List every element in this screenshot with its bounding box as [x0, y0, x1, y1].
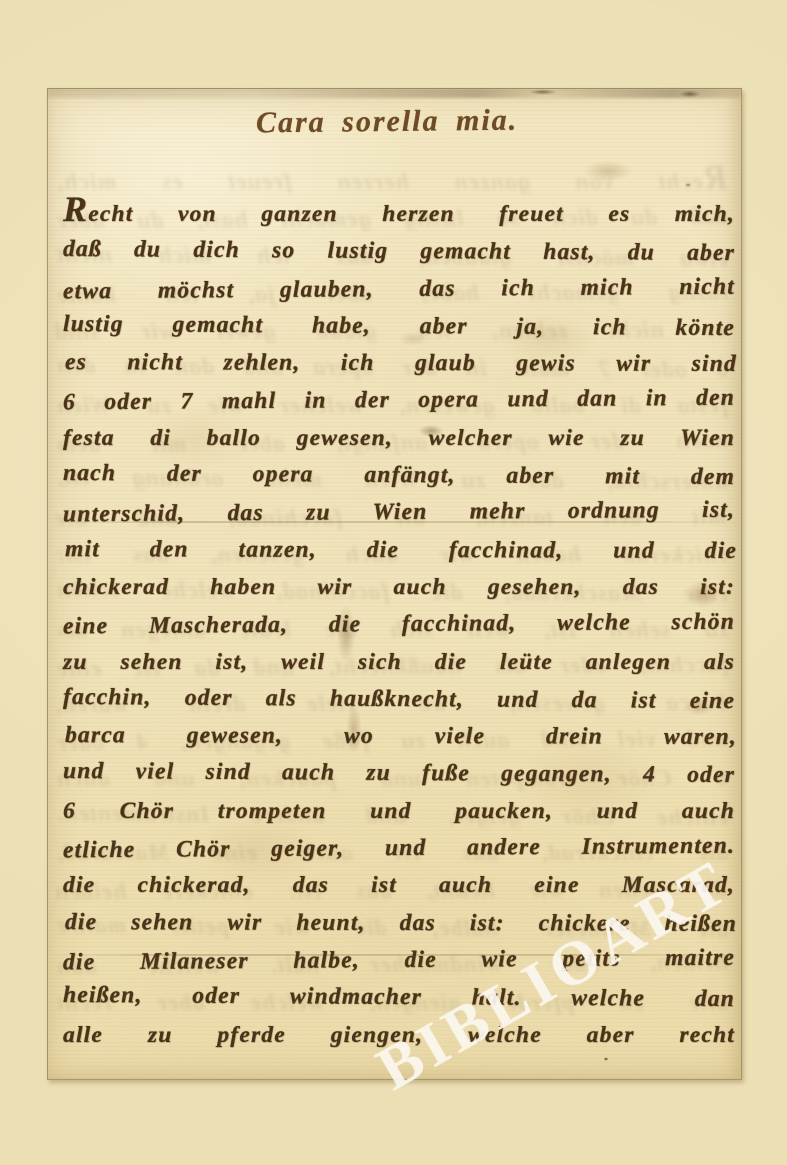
letter-line: nach der opera anfängt, aber mit dem [63, 455, 735, 496]
letter-line: zu sehen ist, weil sich die leüte anlege… [63, 644, 735, 681]
letter-line: etliche Chör geiger, und andere Instrume… [63, 828, 735, 870]
letter-line: die chickerad, das ist auch eine Mascara… [63, 867, 735, 904]
letter-line: eine Mascherada, die facchinad, welche s… [63, 604, 735, 646]
letter-line: facchin, oder als haußknecht, und da ist… [63, 679, 735, 720]
letter-line: etwa möchst glauben, das ich mich nicht [63, 268, 735, 310]
letter-line: die sehen wir heunt, das ist: chickere h… [65, 904, 737, 943]
letter-title: Cara sorella mia. [256, 104, 519, 141]
letter-line: barca gewesen, wo viele drein waren, [65, 717, 737, 756]
letter-line: chickerad haben wir auch gesehen, das is… [63, 569, 735, 606]
letter-page: Recht von ganzen herzen freuet es mich, … [47, 88, 742, 1080]
letter-line: unterschid, das zu Wien mehr ordnung ist… [63, 492, 735, 534]
letter-line: die Milaneser halbe, die wie petits mait… [63, 940, 735, 982]
letter-line: daß du dich so lustig gemacht hast, du a… [63, 231, 735, 272]
letter-line: festa di ballo gewesen, welcher wie zu W… [63, 420, 735, 457]
letter-line: alle zu pferde giengen, welche aber rech… [63, 1017, 735, 1054]
letter-line: 6 oder 7 mahl in der opera und dan in de… [63, 380, 735, 422]
letter-line: 6 Chör trompeten und paucken, und auch [63, 793, 735, 830]
letter-line: Recht von ganzen herzen freuet es mich, [63, 191, 735, 233]
letter-line: mit den tanzen, die facchinad, und die [65, 531, 737, 570]
letter-line: und viel sind auch zu fuße gegangen, 4 o… [63, 753, 735, 794]
letter-line: heißen, oder windmacher halt. welche dan [63, 977, 735, 1018]
scan-background: { "scan": { "description": "Scanned page… [0, 0, 787, 1165]
text-layer: Recht von ganzen herzen freuet es mich, … [63, 191, 735, 1054]
letter-line: lustig gemacht habe, aber ja, ich könte [63, 306, 735, 347]
letter-line: es nicht zehlen, ich glaub gewis wir sin… [65, 344, 737, 383]
